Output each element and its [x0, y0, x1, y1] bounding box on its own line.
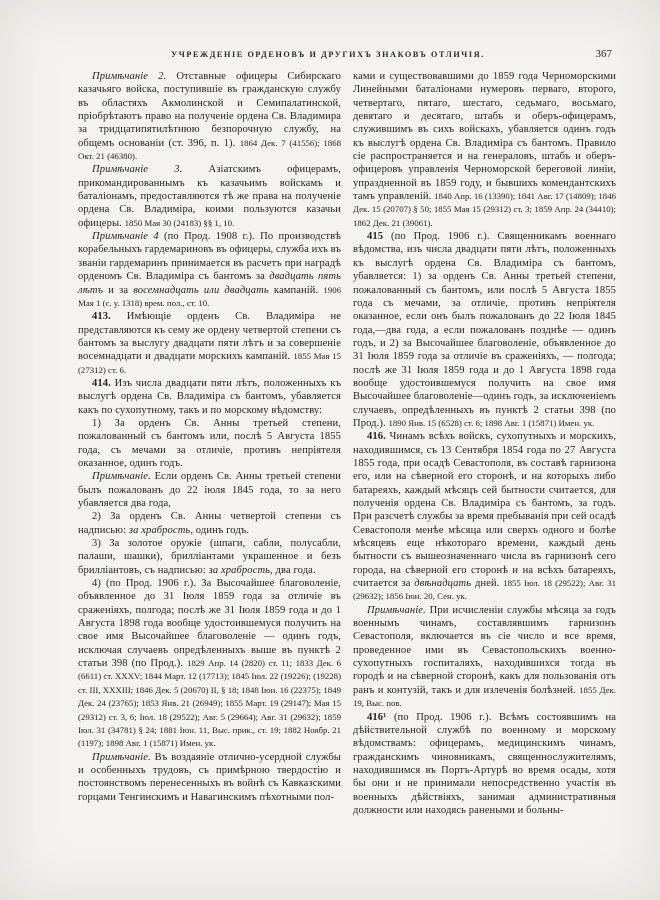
text-column-left: Примѣчаніе 2. Отставные офицеры Сибирска… — [78, 70, 341, 817]
text-run: Примѣчаніе. — [92, 752, 151, 763]
text-run: Чинамъ всѣхъ войскъ, сухопутныхъ и морск… — [353, 431, 616, 589]
paragraph: Примѣчаніе 3. Азіатскимъ офицерамъ, прик… — [78, 163, 341, 230]
paragraph: 414. Изъ числа двадцати пяти лѣтъ, полож… — [78, 377, 341, 417]
paragraph: 1) За орденъ Св. Анны третьей степени, п… — [78, 417, 341, 470]
text-run: восемнадцать или двадцать — [133, 285, 269, 296]
text-run: Примѣчаніе 2. — [92, 71, 166, 82]
text-run: 416¹ — [367, 712, 386, 723]
text-run: два года. — [273, 565, 316, 576]
text-column-right: ками и существовавшими до 1859 года Черн… — [353, 70, 616, 817]
paragraph: 2) За орденъ Св. Анны четвертой степени … — [78, 510, 341, 537]
paragraph: 413. Имѣющіе орденъ Св. Владиміра не пре… — [78, 310, 341, 377]
paragraph: 4) (по Прод. 1906 г.). За Высочайшее бла… — [78, 577, 341, 750]
paragraph: Примѣчаніе 4 (по Прод. 1908 г.). По прои… — [78, 230, 341, 310]
text-run: кампаній. — [269, 285, 324, 296]
text-run: 415 — [367, 231, 383, 242]
running-head: УЧРЕЖДЕНІЕ ОРДЕНОВЪ И ДРУГИХЪ ЗНАКОВЪ ОТ… — [78, 50, 618, 66]
text-run: дней. — [471, 578, 503, 589]
paragraph: 416. Чинамъ всѣхъ войскъ, сухопутныхъ и … — [353, 430, 616, 603]
text-run: Примѣчаніе 3. — [92, 164, 182, 175]
text-run: 416. — [367, 431, 386, 442]
text-run: за храбрость, — [129, 525, 193, 536]
text-run: двѣнадцать — [414, 578, 471, 589]
text-run: При исчисленіи службы мѣсяца за годъ вое… — [353, 605, 616, 696]
text-run: 413. — [92, 311, 111, 322]
page-number: 367 — [596, 48, 613, 60]
paragraph: Примѣчаніе. Въ воздаяніе отлично-усердно… — [78, 751, 341, 804]
text-run: 1890 Янв. 15 (6528) ст. 6; 1898 Авг. 1 (… — [388, 418, 594, 428]
paragraph: 3) За золотое оружіе (шпаги, сабли, полу… — [78, 537, 341, 577]
book-page: УЧРЕЖДЕНІЕ ОРДЕНОВЪ И ДРУГИХЪ ЗНАКОВЪ ОТ… — [0, 0, 660, 900]
text-block: Примѣчаніе 2. Отставные офицеры Сибирска… — [78, 70, 616, 817]
paragraph: Примѣчаніе. Если орденъ Св. Анны третьей… — [78, 470, 341, 510]
text-run: 1850 Мая 30 (24183) §§ 1, 10. — [125, 218, 235, 228]
text-run: Примѣчаніе. — [92, 471, 151, 482]
paragraph: Примѣчаніе 2. Отставные офицеры Сибирска… — [78, 70, 341, 163]
text-run: за храбрость, — [209, 565, 273, 576]
paragraph: 415 (по Прод. 1906 г.). Священникамъ вое… — [353, 230, 616, 430]
paragraph: Примѣчаніе. При исчисленіи службы мѣсяца… — [353, 604, 616, 711]
text-run: Примѣчаніе 4 — [92, 231, 159, 242]
text-run: одинъ годъ. — [193, 525, 249, 536]
paragraph: ками и существовавшими до 1859 года Черн… — [353, 70, 616, 230]
text-run: (по Прод. 1906 г.). Всѣмъ состоявшимъ на… — [353, 712, 616, 816]
text-run: Изъ числа двадцати пяти лѣтъ, положенных… — [78, 378, 341, 416]
text-run: (по Прод. 1906 г.). Священникамъ военнаг… — [353, 231, 616, 429]
text-run: 1) За орденъ Св. Анны третьей степени, п… — [78, 418, 341, 469]
text-run: ками и существовавшими до 1859 года Черн… — [353, 71, 616, 202]
text-run: 1829 Апр. 14 (2820) ст. 11; 1833 Дек. 6 … — [78, 658, 341, 748]
paragraph: 416¹ (по Прод. 1906 г.). Всѣмъ состоявши… — [353, 711, 616, 818]
running-title: УЧРЕЖДЕНІЕ ОРДЕНОВЪ И ДРУГИХЪ ЗНАКОВЪ ОТ… — [78, 50, 578, 59]
text-run: 4) (по Прод. 1906 г.). За Высочайшее бла… — [78, 578, 341, 669]
text-run: и за — [103, 285, 133, 296]
text-run: 414. — [92, 378, 111, 389]
text-run: Примѣчаніе. — [367, 605, 426, 616]
